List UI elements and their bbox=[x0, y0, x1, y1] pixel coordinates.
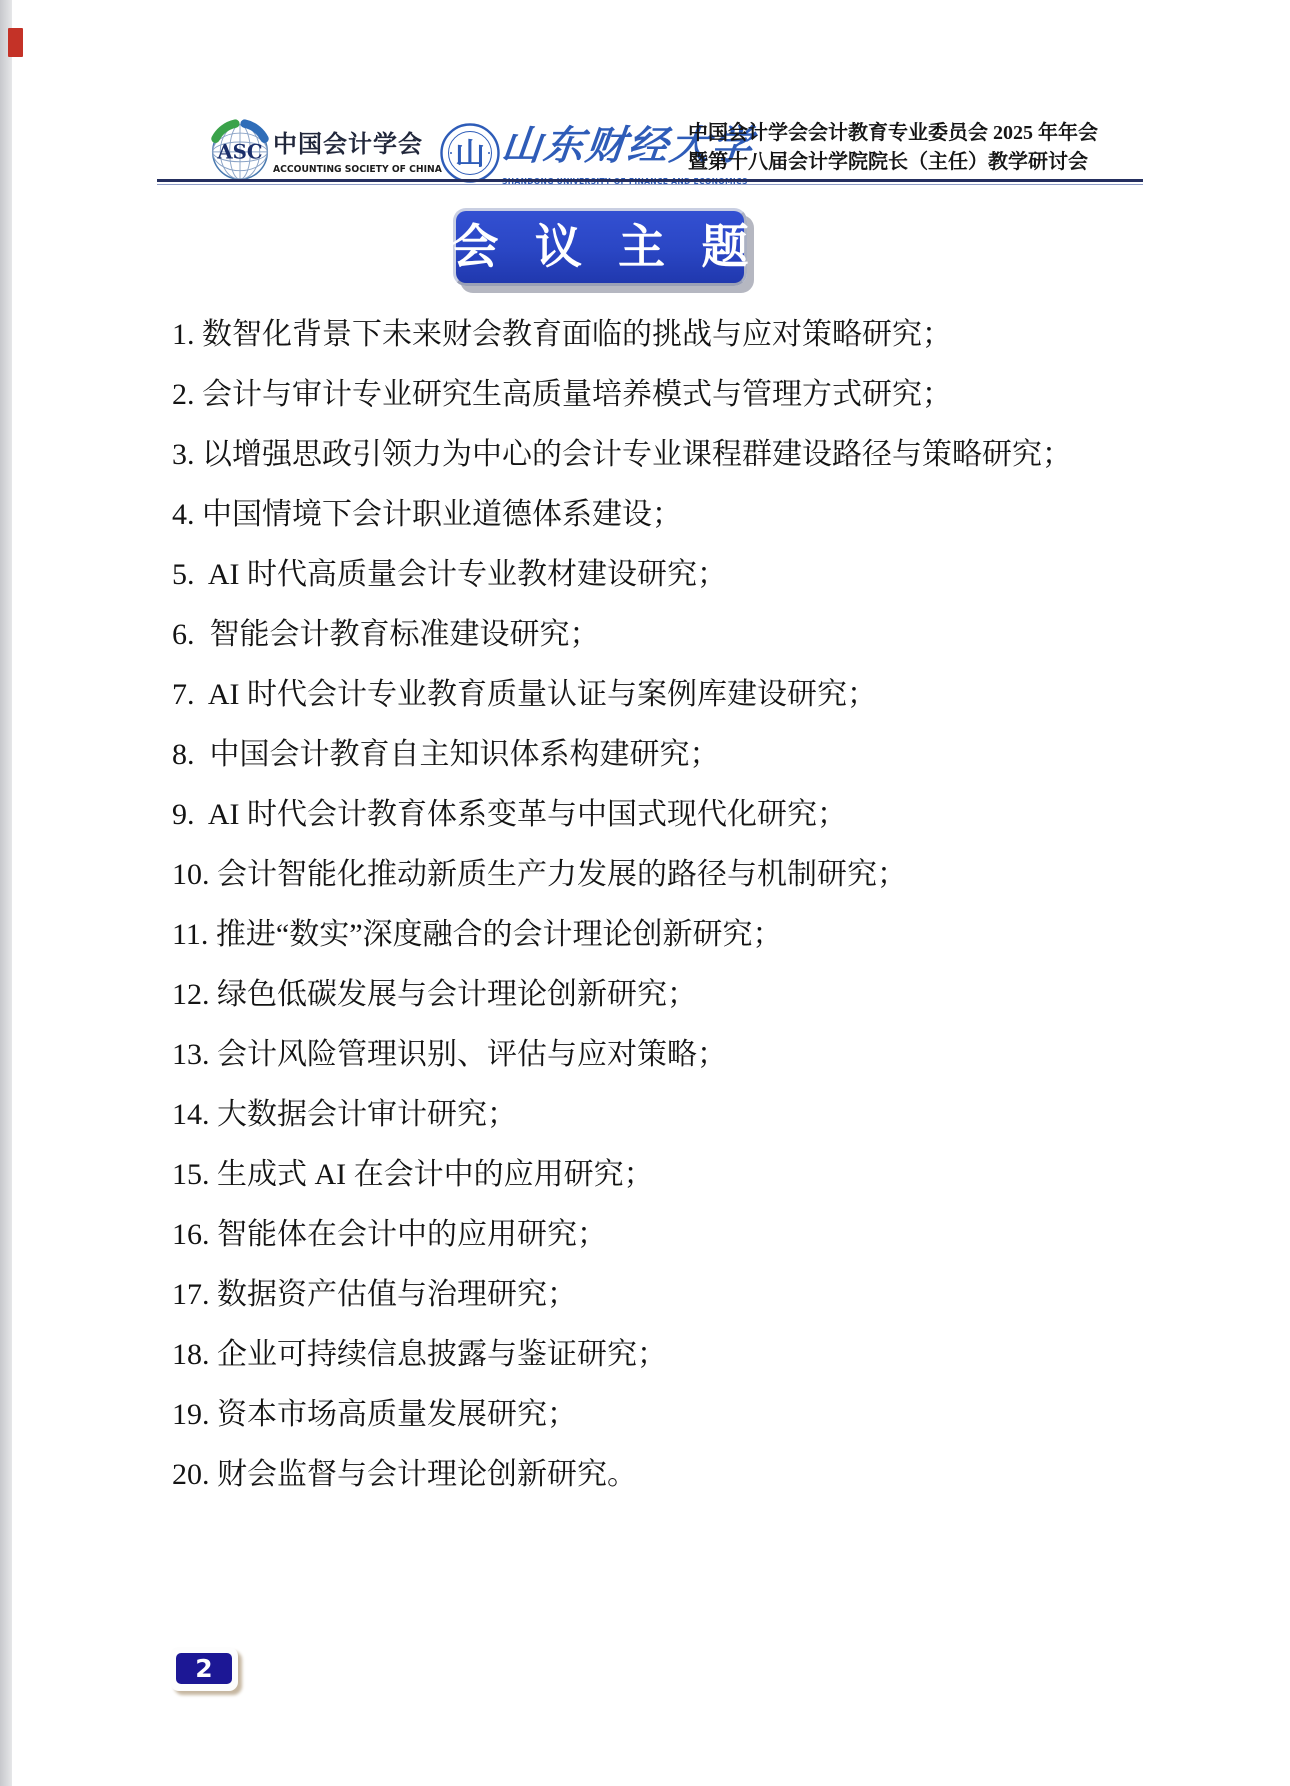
page-number-badge: 2 bbox=[170, 1647, 238, 1691]
topic-item: 11. 推进“数实”深度融合的会计理论创新研究； bbox=[172, 905, 1290, 965]
header-rule bbox=[157, 179, 1143, 185]
asc-globe-logo-icon: ASC bbox=[208, 118, 272, 182]
topic-item: 20. 财会监督与会计理论创新研究。 bbox=[172, 1445, 1290, 1505]
topic-item: 6. 智能会计教育标准建设研究； bbox=[172, 605, 1290, 665]
topic-item: 14. 大数据会计审计研究； bbox=[172, 1085, 1290, 1145]
page-header: ASC 中国会计学会 ACCOUNTING SOCIETY OF CHINA 山… bbox=[0, 0, 1290, 190]
asc-name-en: ACCOUNTING SOCIETY OF CHINA bbox=[273, 164, 420, 175]
svg-text:ASC: ASC bbox=[216, 139, 262, 163]
topic-item: 16. 智能体在会计中的应用研究； bbox=[172, 1205, 1290, 1265]
topic-item: 1. 数智化背景下未来财会教育面临的挑战与应对策略研究； bbox=[172, 305, 1290, 365]
meeting-title-line2: 暨第十八届会计学院院长（主任）教学研讨会 bbox=[688, 148, 1128, 177]
page-number: 2 bbox=[195, 1656, 212, 1681]
topic-item: 9. AI 时代会计教育体系变革与中国式现代化研究； bbox=[172, 785, 1290, 845]
asc-logo-text: 中国会计学会 ACCOUNTING SOCIETY OF CHINA bbox=[273, 124, 433, 175]
document-page: ASC 中国会计学会 ACCOUNTING SOCIETY OF CHINA 山… bbox=[0, 0, 1290, 1786]
topics-list: 1. 数智化背景下未来财会教育面临的挑战与应对策略研究；2. 会计与审计专业研究… bbox=[0, 305, 1290, 1505]
topic-item: 4. 中国情境下会计职业道德体系建设； bbox=[172, 485, 1290, 545]
meeting-title-line1: 中国会计学会会计教育专业委员会 2025 年年会 bbox=[688, 119, 1128, 148]
topic-item: 3. 以增强思政引领力为中心的会计专业课程群建设路径与策略研究； bbox=[172, 425, 1290, 485]
conference-theme-banner: 会 议 主 题 bbox=[453, 208, 747, 286]
topic-item: 5. AI 时代高质量会计专业教材建设研究； bbox=[172, 545, 1290, 605]
topic-item: 15. 生成式 AI 在会计中的应用研究； bbox=[172, 1145, 1290, 1205]
topic-item: 17. 数据资产估值与治理研究； bbox=[172, 1265, 1290, 1325]
page-number-badge-inner: 2 bbox=[176, 1653, 232, 1684]
topic-item: 18. 企业可持续信息披露与鉴证研究； bbox=[172, 1325, 1290, 1385]
topic-item: 7. AI 时代会计专业教育质量认证与案例库建设研究； bbox=[172, 665, 1290, 725]
topic-item: 19. 资本市场高质量发展研究； bbox=[172, 1385, 1290, 1445]
sdufe-logo-text: 山东财经大学 SHANDONG UNIVERSITY OF FINANCE AN… bbox=[502, 114, 712, 186]
topic-item: 8. 中国会计教育自主知识体系构建研究； bbox=[172, 725, 1290, 785]
topic-item: 10. 会计智能化推动新质生产力发展的路径与机制研究； bbox=[172, 845, 1290, 905]
topic-item: 2. 会计与审计专业研究生高质量培养模式与管理方式研究； bbox=[172, 365, 1290, 425]
topic-item: 13. 会计风险管理识别、评估与应对策略； bbox=[172, 1025, 1290, 1085]
asc-name-cn: 中国会计学会 bbox=[273, 124, 433, 159]
banner-title: 会 议 主 题 bbox=[441, 224, 758, 271]
sdufe-name-cn: 山东财经大学 bbox=[499, 114, 715, 171]
meeting-title: 中国会计学会会计教育专业委员会 2025 年年会 暨第十八届会计学院院长（主任）… bbox=[688, 119, 1128, 177]
svg-text:山: 山 bbox=[455, 137, 485, 172]
sdufe-seal-icon: 山 bbox=[439, 122, 501, 184]
topic-item: 12. 绿色低碳发展与会计理论创新研究； bbox=[172, 965, 1290, 1025]
